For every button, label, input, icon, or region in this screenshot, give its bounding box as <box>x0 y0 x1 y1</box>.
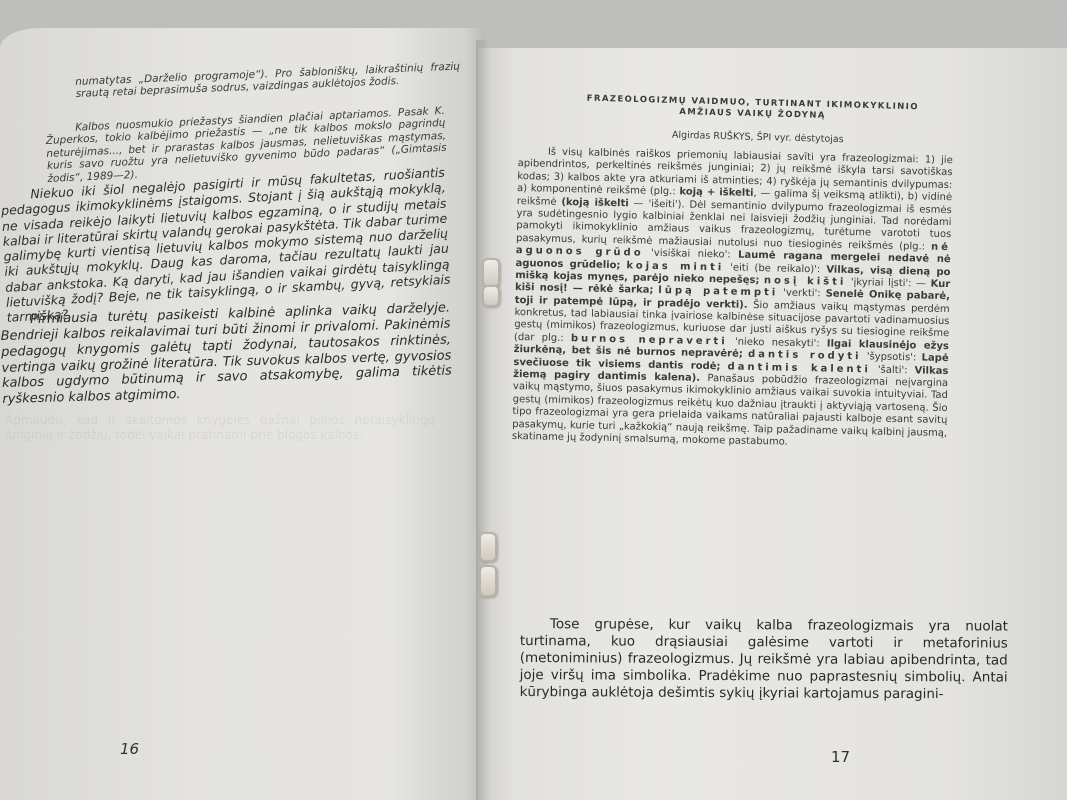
phraseology-example: lūpą patempti <box>658 285 778 299</box>
paragraph-text: numatytas „Darželio programoje“). Pro ša… <box>75 61 461 101</box>
right-paragraph-2: Tose grupėse, kur vaikų kalba frazeologi… <box>520 616 1008 704</box>
text-segment: 'įkyriai lįsti': — <box>846 277 930 290</box>
text-segment: 'eiti (be reikalo)': <box>724 262 826 275</box>
page-number-right: 17 <box>831 748 850 766</box>
book-spine <box>476 40 490 800</box>
text-segment: 'šalti': <box>871 364 915 376</box>
text-segment: Panašaus pobūdžio frazeologizmai neįvarg… <box>512 373 948 448</box>
left-page: numatytas „Darželio programoje“). Pro ša… <box>0 28 485 800</box>
right-paragraph-1: Iš visų kalbinės raiškos priemonių labia… <box>512 146 953 452</box>
staple-upper-loop <box>482 285 500 307</box>
article-title: FRAZEOLOGIZMŲ VAIDMUO, TURTINANT IKIMOKY… <box>562 93 942 126</box>
staple-lower <box>479 532 497 562</box>
left-paragraph-4: Pirmiausia turėtų pasikeisti kalbinė apl… <box>0 300 452 408</box>
show-through-text: Apmaudu, kad ir skaitomos knygelės dažna… <box>5 413 435 443</box>
paragraph-text: Niekuo iki šiol negalėjo pasigirti ir mū… <box>0 165 452 325</box>
paragraph-text: Pirmiausia turėtų pasikeisti kalbinė apl… <box>0 300 452 408</box>
text-segment: 'verkti': <box>778 288 826 300</box>
phraseology-example: (koją iškelti <box>561 196 629 208</box>
phraseology-example: nosį kišti <box>764 275 847 288</box>
article-author: Algirdas RUŠKYS, ŠPI vyr. dėstytojas <box>608 128 908 147</box>
paragraph-text: Iš visų kalbinės raiškos priemonių labia… <box>512 146 953 452</box>
phraseology-example: dantis rodyti <box>748 349 862 362</box>
page-number-left: 16 <box>120 740 139 758</box>
paragraph-text: Tose grupėse, kur vaikų kalba frazeologi… <box>520 616 1008 704</box>
staple-upper <box>482 258 500 288</box>
phraseology-example: kojas minti <box>626 260 724 273</box>
phraseology-example: koją + iškelti <box>679 187 753 200</box>
text-segment: 'šypsotis': <box>861 351 921 363</box>
left-paragraph-3: Niekuo iki šiol negalėjo pasigirti ir mū… <box>0 165 452 325</box>
right-page: FRAZEOLOGIZMŲ VAIDMUO, TURTINANT IKIMOKY… <box>478 48 1067 800</box>
left-paragraph-1: numatytas „Darželio programoje“). Pro ša… <box>75 61 461 101</box>
staple-lower-loop <box>479 565 497 597</box>
text-segment: 'visiškai nieko': <box>644 248 739 261</box>
text-segment: 'nieko nesakyti': <box>728 336 827 349</box>
ghost-paragraph: Apmaudu, kad ir skaitomos knygelės dažna… <box>5 413 435 443</box>
